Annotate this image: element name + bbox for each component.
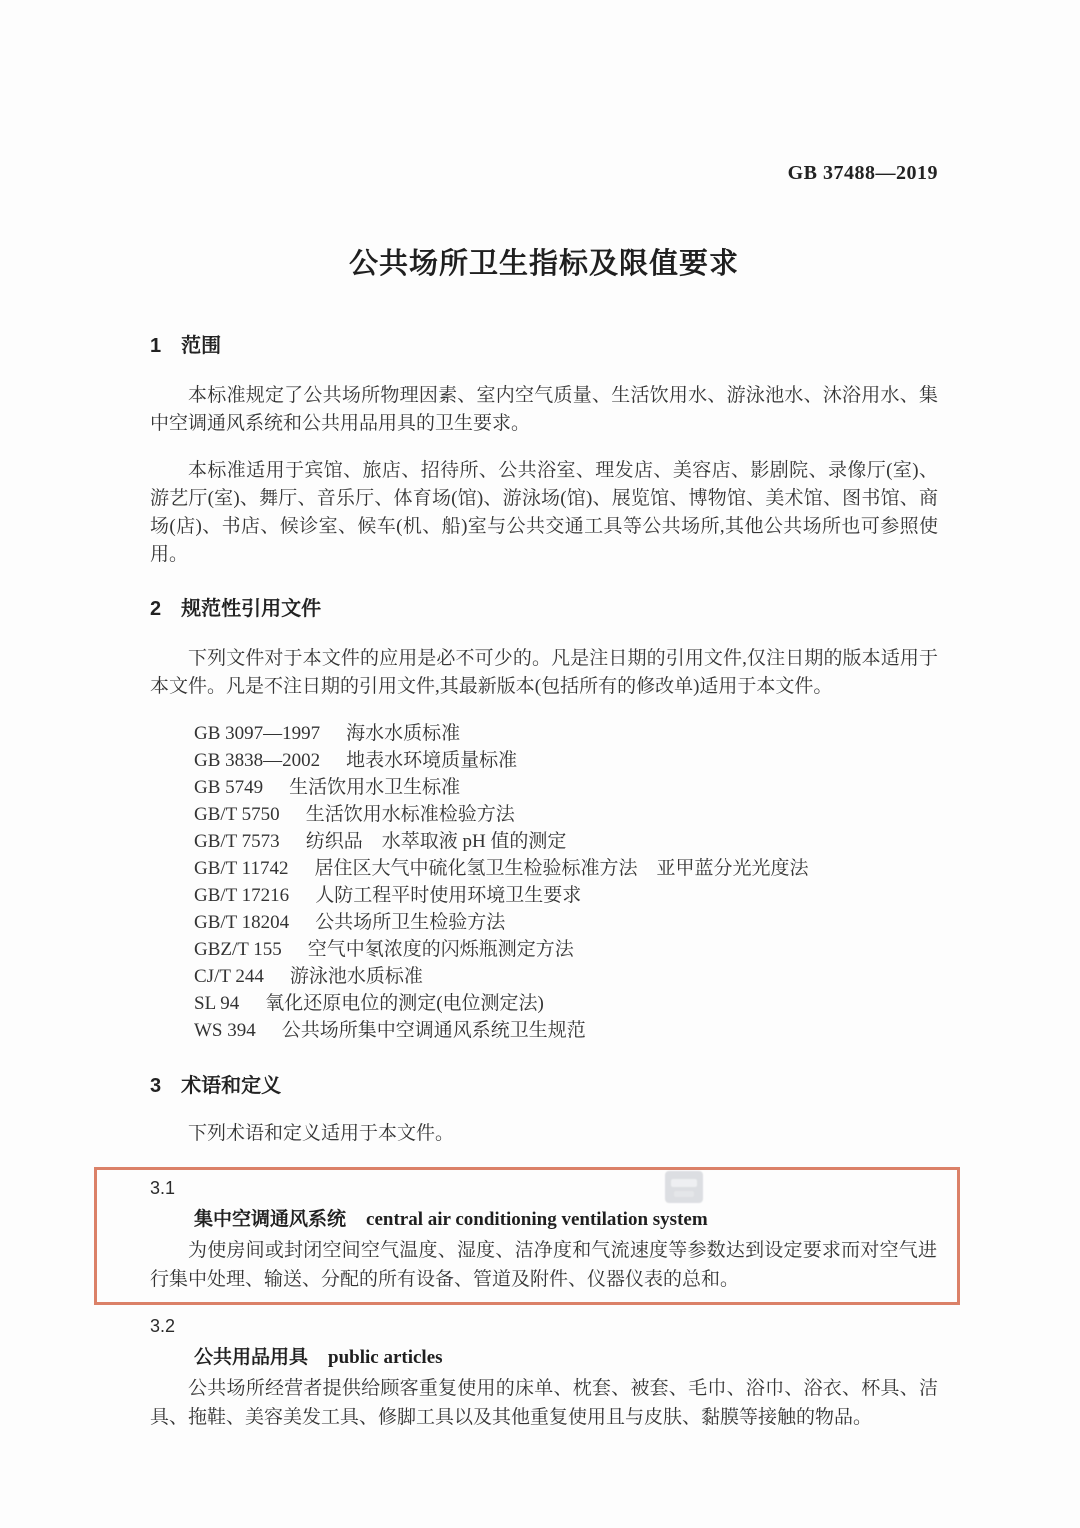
document-title: 公共场所卫生指标及限值要求 (150, 244, 938, 284)
reference-code: GB/T 5750 (194, 801, 280, 828)
section-number: 2 (150, 595, 161, 623)
reference-item: GB 5749生活饮用水卫生标准 (194, 774, 938, 801)
section-heading-scope: 1范围 (150, 332, 938, 360)
term-definition-3-1: 为使房间或封闭空间空气温度、湿度、洁净度和气流速度等参数达到设定要求而对空气进行… (150, 1236, 937, 1294)
reference-item: SL 94氧化还原电位的测定(电位测定法) (194, 990, 938, 1017)
section-title: 范围 (181, 335, 221, 357)
page-content: GB 37488—2019 公共场所卫生指标及限值要求 1范围 本标准规定了公共… (0, 0, 1080, 1432)
term-line-3-2: 公共用品用具public articles (150, 1344, 938, 1372)
document-page: GB 37488—2019 公共场所卫生指标及限值要求 1范围 本标准规定了公共… (0, 0, 1080, 1528)
reference-title: 公共场所卫生检验方法 (315, 912, 505, 933)
reference-list: GB 3097—1997海水水质标准 GB 3838—2002地表水环境质量标准… (150, 720, 938, 1044)
term-definition-3-2: 公共场所经营者提供给顾客重复使用的床单、枕套、被套、毛巾、浴巾、浴衣、杯具、洁具… (150, 1374, 938, 1432)
reference-title: 海水水质标准 (346, 723, 460, 744)
section-title: 术语和定义 (181, 1075, 281, 1097)
section-heading-terms: 3术语和定义 (150, 1072, 938, 1100)
reference-item: GBZ/T 155空气中氡浓度的闪烁瓶测定方法 (194, 936, 938, 963)
reference-title: 地表水环境质量标准 (346, 750, 517, 771)
scope-paragraph-1: 本标准规定了公共场所物理因素、室内空气质量、生活饮用水、游泳池水、沐浴用水、集中… (150, 382, 938, 438)
clause-number-3-1: 3.1 (150, 1175, 937, 1201)
reference-title: 公共场所集中空调通风系统卫生规范 (282, 1020, 586, 1041)
reference-code: GB/T 18204 (194, 909, 289, 936)
reference-code: GB 3097—1997 (194, 720, 320, 747)
section-heading-normative-refs: 2规范性引用文件 (150, 595, 938, 623)
reference-item: GB/T 18204公共场所卫生检验方法 (194, 909, 938, 936)
reference-title: 氧化还原电位的测定(电位测定法) (265, 993, 544, 1014)
reference-code: GB/T 11742 (194, 855, 288, 882)
reference-title: 空气中氡浓度的闪烁瓶测定方法 (308, 939, 574, 960)
reference-item: GB/T 5750生活饮用水标准检验方法 (194, 801, 938, 828)
highlight-box: 3.1 集中空调通风系统central air conditioning ven… (94, 1167, 960, 1305)
reference-code: GB 5749 (194, 774, 263, 801)
reference-code: GB 3838—2002 (194, 747, 320, 774)
reference-code: WS 394 (194, 1017, 256, 1044)
reference-item: WS 394公共场所集中空调通风系统卫生规范 (194, 1017, 938, 1044)
term-chinese: 公共用品用具 (194, 1347, 308, 1368)
terms-intro: 下列术语和定义适用于本文件。 (150, 1120, 938, 1148)
reference-title: 生活饮用水卫生标准 (289, 777, 460, 798)
section-number: 3 (150, 1072, 161, 1100)
reference-code: GB/T 7573 (194, 828, 280, 855)
term-english: public articles (328, 1347, 443, 1368)
section-title: 规范性引用文件 (181, 598, 321, 620)
clause-number-3-2: 3.2 (150, 1313, 938, 1339)
reference-item: GB 3097—1997海水水质标准 (194, 720, 938, 747)
reference-code: GBZ/T 155 (194, 936, 282, 963)
reference-item: GB/T 11742居住区大气中硫化氢卫生检验标准方法 亚甲蓝分光光度法 (194, 855, 938, 882)
reference-title: 居住区大气中硫化氢卫生检验标准方法 亚甲蓝分光光度法 (314, 858, 808, 879)
standard-number: GB 37488—2019 (150, 160, 938, 186)
normative-refs-intro: 下列文件对于本文件的应用是必不可少的。凡是注日期的引用文件,仅注日期的版本适用于… (150, 645, 938, 701)
section-number: 1 (150, 332, 161, 360)
reference-title: 纺织品 水萃取液 pH 值的测定 (306, 831, 567, 852)
scope-paragraph-2: 本标准适用于宾馆、旅店、招待所、公共浴室、理发店、美容店、影剧院、录像厅(室)、… (150, 457, 938, 569)
reference-title: 游泳池水质标准 (290, 966, 423, 987)
reference-item: GB/T 17216人防工程平时使用环境卫生要求 (194, 882, 938, 909)
reference-code: GB/T 17216 (194, 882, 289, 909)
reference-code: CJ/T 244 (194, 963, 264, 990)
term-chinese: 集中空调通风系统 (194, 1209, 346, 1230)
reference-title: 人防工程平时使用环境卫生要求 (315, 885, 581, 906)
reference-code: SL 94 (194, 990, 239, 1017)
term-english: central air conditioning ventilation sys… (366, 1209, 708, 1230)
term-line-3-1: 集中空调通风系统central air conditioning ventila… (150, 1206, 937, 1234)
reference-item: GB 3838—2002地表水环境质量标准 (194, 747, 938, 774)
reference-item: GB/T 7573纺织品 水萃取液 pH 值的测定 (194, 828, 938, 855)
reference-item: CJ/T 244游泳池水质标准 (194, 963, 938, 990)
watermark-artifact (665, 1171, 703, 1203)
reference-title: 生活饮用水标准检验方法 (306, 804, 515, 825)
